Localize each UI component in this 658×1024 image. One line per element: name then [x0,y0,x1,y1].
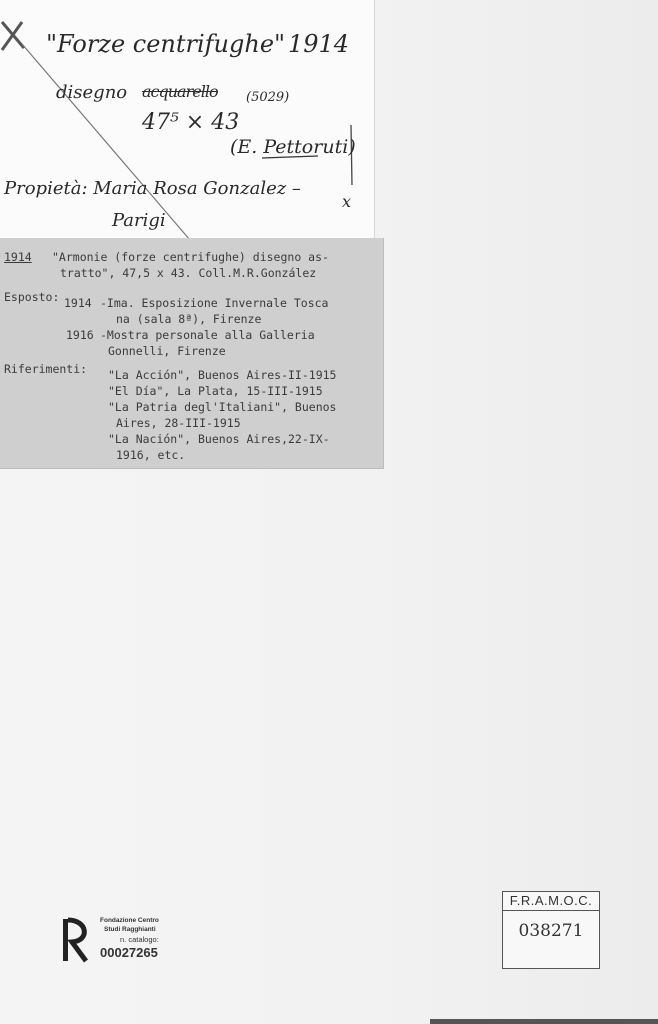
bottom-edge-shadow [430,1019,658,1024]
margin-mark: x [342,192,351,211]
artwork-title-handwritten: "Forze centrifughe" [46,30,285,58]
reference-line: 1916, etc. [116,448,185,464]
exhibition-line2: Gonnelli, Firenze [108,344,226,360]
exhibition-line2: na (sala 8ª), Firenze [116,312,261,328]
reference-line: "La Patria degl'Italiani", Buenos [108,400,336,416]
owner-line1-handwritten: Propietà: Maria Rosa Gonzalez – [4,178,301,199]
catalog-number: 00027265 [100,945,158,960]
foundation-name-line2: Studi Ragghianti [104,926,156,933]
dimensions-handwritten: 47⁵ × 43 [142,110,239,135]
exhibition-year: 1916 [66,328,94,344]
typed-label: 1914 "Armonie (forze centrifughe) disegn… [0,238,384,469]
stamp-header: F.R.A.M.O.C. [503,892,599,911]
exhibition-year: 1914 [64,296,92,312]
reference-line: "La Acción", Buenos Aires-II-1915 [108,368,336,384]
handwritten-card: "Forze centrifughe" 1914 disegno acquare… [0,0,375,240]
code-handwritten: (5029) [246,90,289,105]
reference-line: Aires, 28-III-1915 [116,416,241,432]
label-year: 1914 [4,250,32,266]
exhibition-line1: -Ima. Esposizione Invernale Tosca [100,296,328,312]
exhibition-line1: -Mostra personale alla Galleria [100,328,315,344]
year-handwritten: 1914 [288,30,349,58]
description-line1: "Armonie (forze centrifughe) disegno as- [52,250,329,266]
foundation-name-line1: Fondazione Centro [100,917,159,924]
riferimenti-label: Riferimenti: [4,362,87,378]
foundation-logo-block: Fondazione Centro Studi Ragghianti n. ca… [60,915,200,965]
catalog-label: n. catalogo: [120,935,159,944]
reference-line: "El Día", La Plata, 15-III-1915 [108,384,323,400]
stamp-number: 038271 [503,921,599,941]
struck-word: acquarello [142,82,218,101]
attribution-handwritten: (E. Pettoruti) [230,136,356,158]
owner-line2-handwritten: Parigi [112,210,166,231]
ragghianti-r-logo-icon [60,917,90,963]
framoc-stamp: F.R.A.M.O.C. 038271 [502,891,600,969]
reference-line: "La Nación", Buenos Aires,22-IX- [108,432,330,448]
description-line2: tratto", 47,5 x 43. Coll.M.R.González [60,266,316,282]
medium-handwritten: disegno [56,82,127,103]
esposto-label: Esposto: [4,290,59,306]
